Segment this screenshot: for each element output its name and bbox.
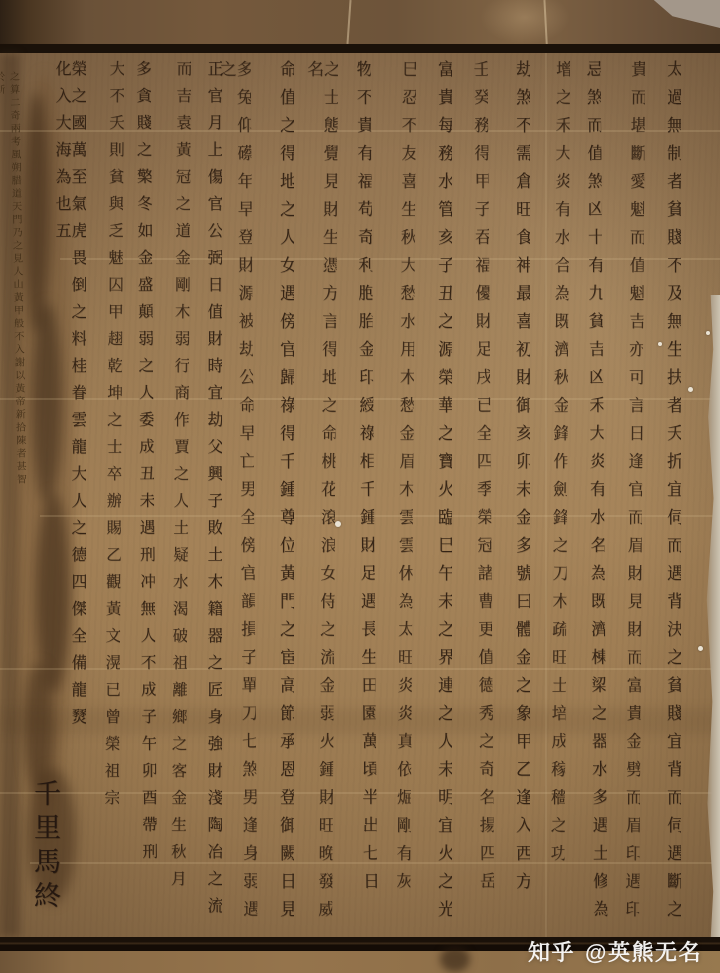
manuscript-column: 忌煞而值煞凶十有九貧吉凶禾大炎有水名為既濟棟梁之器水多遇土修為 (565, 60, 608, 936)
signature: 千里馬終 (22, 779, 64, 929)
manuscript-column: 物不貴有福苟奇利胞胎金印綬祿相千鍾財足遇長生田園萬頃半出七日 (335, 60, 378, 936)
manuscript-photo: 太過無制者貧賤不及無生扶者夭折宜伺而遇背決之貧賤宜背而伺遇斷之 貴而堪斷愛魁而值… (0, 0, 720, 973)
manuscript-text-block: 太過無制者貧賤不及無生扶者夭折宜伺而遇背決之貧賤宜背而伺遇斷之 貴而堪斷愛魁而值… (0, 60, 720, 937)
binding-bar-top (0, 44, 720, 53)
manuscript-column: 巳忍不友喜生秋大愁水用木愁金眉木雲雲休為太旺炎炎真依煀剛有灰 (374, 60, 416, 936)
manuscript-column: 正官月上傷官公弼日值財時宜劫父興子敗土木籍器之匠身強財淺陶冶之流 (186, 60, 222, 936)
paper-speck (706, 331, 710, 335)
manuscript-column: 大不夭則貧與乏魅囚甲趐乾坤之士卒辦賜乙觀黃文滉已曾榮祖宗 (82, 60, 124, 936)
watermark-site: 知乎 (528, 940, 575, 965)
manuscript-column: 壬癸務得甲子吞福優財足戌已全四季榮冠諸曹更值德秀之奇名揚四岳 (452, 60, 495, 936)
manuscript-column: 劫煞不需倉旺食神最喜初財御亥卯未金多號曰體金之象甲乙逢入西方 (494, 60, 530, 936)
watermark-handle: @英熊无名 (585, 940, 702, 965)
manuscript-column: 貴而堪斷愛魁而值魁吉亦可言日逢官而眉財見財而富貴金劈而眉印遇印 (603, 60, 645, 936)
ink-stain-bottom (440, 946, 470, 972)
paper-speck (658, 342, 662, 346)
paper-speck (698, 646, 703, 651)
manuscript-column: 富貴每務水管亥子丑之源榮華之寶火臨巳午未之界連之人未明宜火之光 (416, 60, 452, 936)
manuscript-column: 榮之國萬至氣虎畏倒之料桂眷雲龍大人之德四傑全備龍燹化入大海為也五 (50, 60, 86, 760)
paper-speck (688, 387, 693, 392)
paper-surface: 太過無制者貧賤不及無生扶者夭折宜伺而遇背決之貧賤宜背而伺遇斷之 貴而堪斷愛魁而值… (0, 53, 720, 937)
watermark: 知乎@英熊无名 (528, 936, 702, 967)
paper-speck (335, 521, 341, 527)
mount-top-band (0, 0, 720, 44)
manuscript-column: 命值之得地之人女遇傍官歸祿得千鍾尊位黃門之宦高節承恩登御闕日見 (258, 60, 294, 936)
manuscript-column: 增之禾大炎有水合為既濟秋金鋒作劍鋒之刀木疏旺土培成稼穡之功 (528, 60, 570, 936)
manuscript-column: 之士態覺見財生憑方言得地之命桃花滾浪女侍之流金弱火鍾財旺晚發威名 (296, 60, 338, 936)
manuscript-column: 太過無制者貧賤不及無生扶者夭折宜伺而遇背決之貧賤宜背而伺遇斷之 (645, 60, 681, 936)
